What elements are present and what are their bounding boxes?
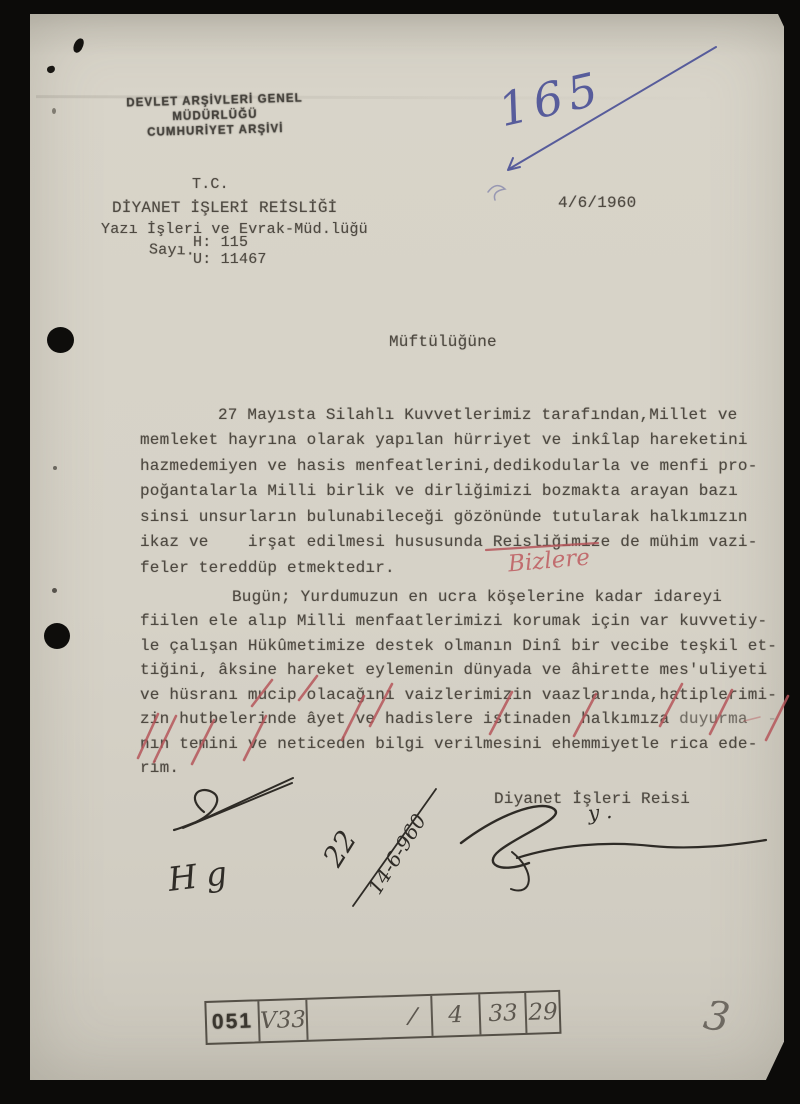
stamp-box-cell-code: 051 [206, 1001, 260, 1043]
deputy-mark: y . [587, 799, 613, 825]
faded-word: duyurma [679, 710, 748, 728]
stamp-box-cell-dosya: 33 [480, 993, 528, 1034]
document-date: 4/6/1960 [558, 194, 636, 212]
body-line: 27 Mayısta Silahlı Kuvvetlerimiz tarafın… [218, 406, 737, 424]
punch-hole [47, 327, 74, 353]
erased-tail: - [748, 710, 777, 728]
body-line: memleket hayrına olarak yapılan hürriyet… [140, 431, 748, 449]
stamp-box-cell-fond: V33 [259, 1000, 308, 1041]
clerk-initials: Hg [166, 852, 238, 899]
letterhead-ref-h: H: 115 [193, 234, 248, 251]
stamp-box-cell-sira: 29 [527, 992, 560, 1033]
recipient-line: Müftülüğüne [389, 333, 497, 351]
body-line: tiğini, âksine hareket eylemenin dünyada… [140, 661, 767, 679]
ink-speck [53, 466, 57, 470]
archive-stamp: DEVLET ARŞİVLERİ GENEL MÜDÜRLÜĞÜ CUMHURİ… [92, 91, 337, 143]
body-line: hazmedemiyen ve hasis menfeatlerini,dedi… [140, 457, 758, 475]
body-line: poğantalarla Milli birlik ve dirliğimizi… [140, 482, 738, 500]
letterhead-tc: T.C. [192, 176, 229, 193]
body-line: Bugün; Yurdumuzun en ucra köşelerine kad… [232, 588, 722, 606]
ink-speck [52, 108, 56, 114]
body-line-part: ikaz ve irşat edilmesi hususunda [140, 533, 493, 551]
letterhead-sayi-label: Sayı. [149, 241, 195, 259]
stamp-box-cell-empty: / [307, 996, 433, 1040]
body-line: sinsi unsurların bulunabileceği gözönünd… [140, 508, 748, 526]
punch-hole [44, 623, 70, 649]
stamp-box-cell-kutu: 4 [432, 994, 482, 1036]
letterhead-org: DİYANET İŞLERİ REİSLİĞİ [112, 199, 337, 217]
ink-speck [52, 588, 57, 593]
body-line: le çalışan Hükûmetimize destek olmanın D… [140, 637, 777, 655]
handwritten-slash: / [407, 1003, 418, 1030]
body-line: fiilen ele alıp Milli menfaatlerimizi ko… [140, 612, 767, 630]
body-line-part: de mühim vazi- [610, 533, 757, 551]
letterhead-ref-u: U: 11467 [193, 251, 267, 268]
body-line: ve hüsranı mucip olacağını vaizlerimizin… [140, 686, 777, 704]
body-line: ikaz ve irşat edilmesi hususunda Reisliğ… [140, 533, 758, 551]
body-line: rim. [140, 759, 179, 777]
body-line: zin hutbelerinde âyet ve hadislere istin… [140, 710, 777, 728]
scanned-document-page: DEVLET ARŞİVLERİ GENEL MÜDÜRLÜĞÜ CUMHURİ… [0, 0, 800, 1104]
body-line: nın temini ve neticeden bilgi verilmesin… [140, 735, 758, 753]
body-line: feler tereddüp etmektedır. [140, 559, 395, 577]
body-line-part: zin hutbelerinde âyet ve hadislere istin… [140, 710, 679, 728]
